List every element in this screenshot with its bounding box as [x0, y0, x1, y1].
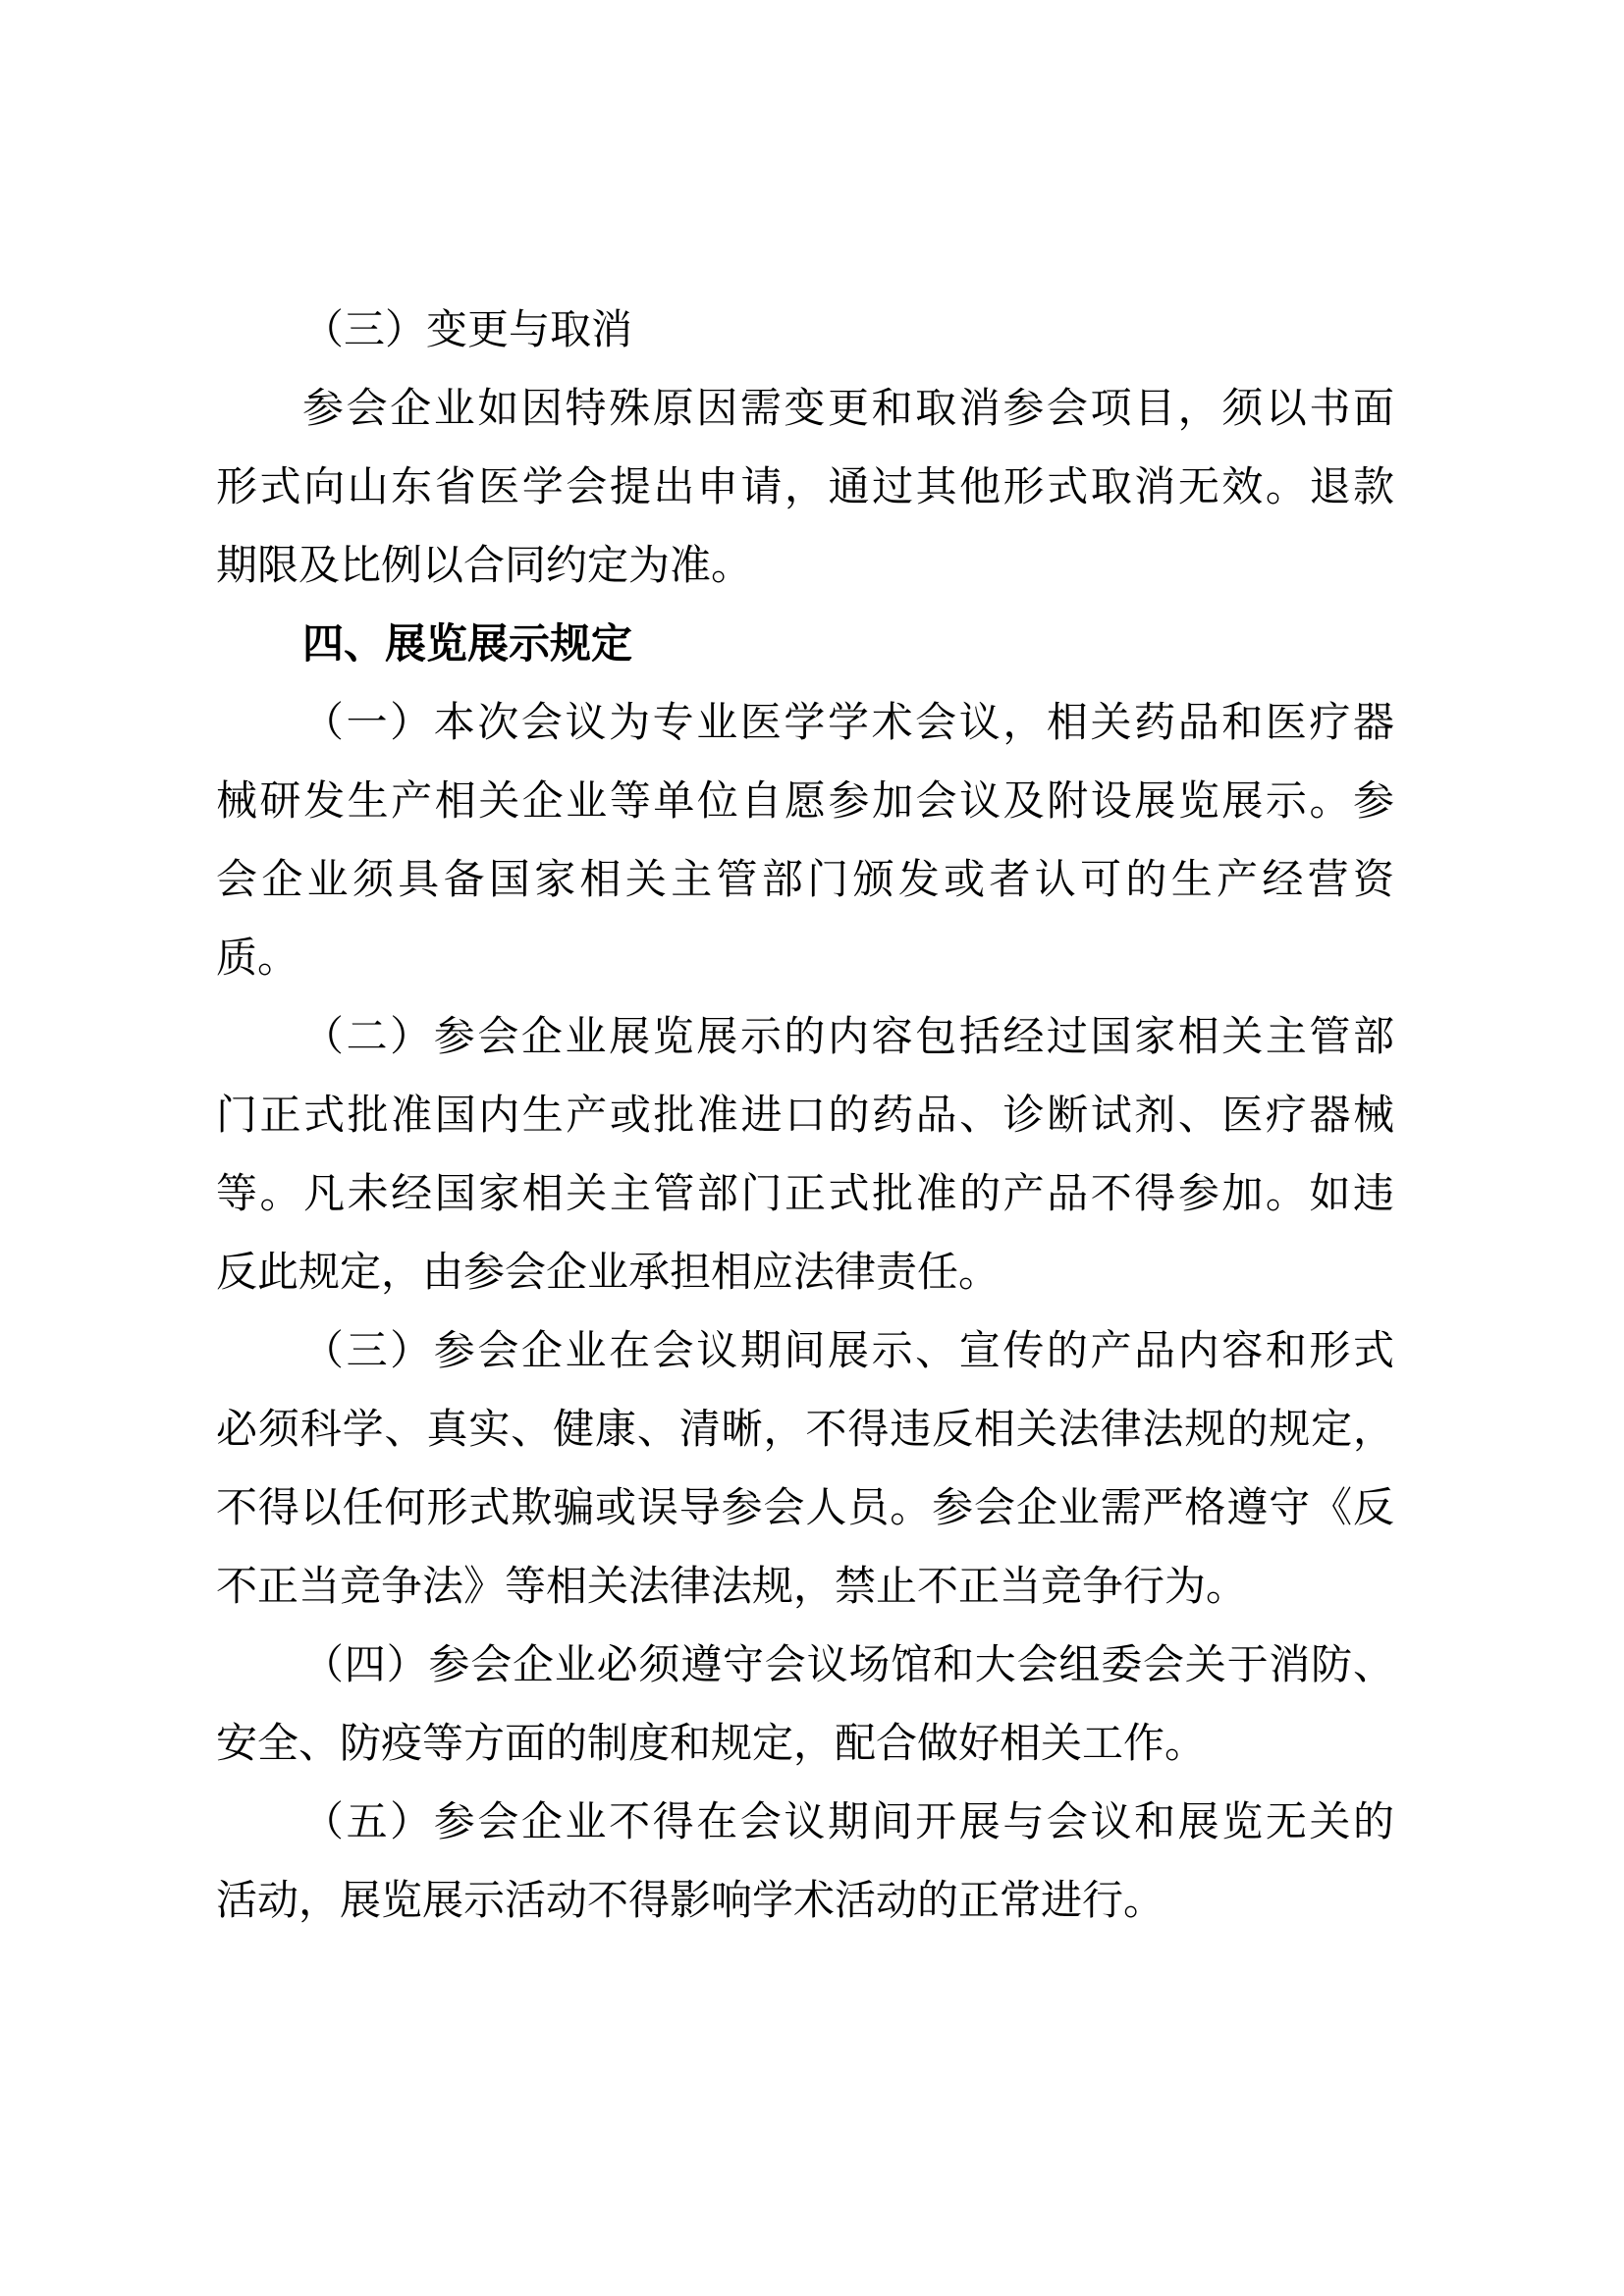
document-body: （三）变更与取消参会企业如因特殊原因需变更和取消参会项目，须以书面形式向山东省医… — [216, 292, 1394, 1941]
text-line: 活动，展览展示活动不得影响学术活动的正常进行。 — [216, 1862, 1394, 1941]
text-line: （五）参会企业不得在会议期间开展与会议和展览无关的 — [216, 1784, 1394, 1862]
text-line: 不正当竞争法》等相关法律法规，禁止不正当竞争行为。 — [216, 1548, 1394, 1627]
text-line: （三）变更与取消 — [216, 292, 1394, 370]
text-line: 门正式批准国内生产或批准进口的药品、诊断试剂、医疗器械 — [216, 1077, 1394, 1155]
text-line: 械研发生产相关企业等单位自愿参加会议及附设展览展示。参 — [216, 763, 1394, 841]
text-line: （三）参会企业在会议期间展示、宣传的产品内容和形式 — [216, 1312, 1394, 1391]
paragraph-body-paragraph: （三）参会企业在会议期间展示、宣传的产品内容和形式必须科学、真实、健康、清晰，不… — [216, 1312, 1394, 1627]
text-line: （一）本次会议为专业医学学术会议，相关药品和医疗器 — [216, 684, 1394, 763]
text-line: （二）参会企业展览展示的内容包括经过国家相关主管部 — [216, 998, 1394, 1077]
paragraph-body-paragraph: （一）本次会议为专业医学学术会议，相关药品和医疗器械研发生产相关企业等单位自愿参… — [216, 684, 1394, 998]
text-line: 必须科学、真实、健康、清晰，不得违反相关法律法规的规定， — [216, 1391, 1394, 1469]
paragraph-section-heading: 四、展览展示规定 — [216, 606, 1394, 684]
text-line: 安全、防疫等方面的制度和规定，配合做好相关工作。 — [216, 1705, 1394, 1784]
text-line: 四、展览展示规定 — [216, 606, 1394, 684]
text-line: 会企业须具备国家相关主管部门颁发或者认可的生产经营资 — [216, 841, 1394, 920]
paragraph-body-paragraph: （五）参会企业不得在会议期间开展与会议和展览无关的活动，展览展示活动不得影响学术… — [216, 1784, 1394, 1941]
paragraph-subsection-heading: （三）变更与取消 — [216, 292, 1394, 370]
paragraph-body-paragraph: （二）参会企业展览展示的内容包括经过国家相关主管部门正式批准国内生产或批准进口的… — [216, 998, 1394, 1312]
text-line: 反此规定，由参会企业承担相应法律责任。 — [216, 1234, 1394, 1312]
text-line: 等。凡未经国家相关主管部门正式批准的产品不得参加。如违 — [216, 1155, 1394, 1234]
document-page: （三）变更与取消参会企业如因特殊原因需变更和取消参会项目，须以书面形式向山东省医… — [0, 0, 1624, 2296]
text-line: （四）参会企业必须遵守会议场馆和大会组委会关于消防、 — [216, 1627, 1394, 1705]
text-line: 不得以任何形式欺骗或误导参会人员。参会企业需严格遵守《反 — [216, 1469, 1394, 1548]
text-line: 形式向山东省医学会提出申请，通过其他形式取消无效。退款 — [216, 449, 1394, 527]
paragraph-body-paragraph: （四）参会企业必须遵守会议场馆和大会组委会关于消防、安全、防疫等方面的制度和规定… — [216, 1627, 1394, 1784]
text-line: 参会企业如因特殊原因需变更和取消参会项目，须以书面 — [216, 370, 1394, 449]
text-line: 质。 — [216, 920, 1394, 998]
paragraph-body-paragraph: 参会企业如因特殊原因需变更和取消参会项目，须以书面形式向山东省医学会提出申请，通… — [216, 370, 1394, 606]
text-line: 期限及比例以合同约定为准。 — [216, 527, 1394, 606]
